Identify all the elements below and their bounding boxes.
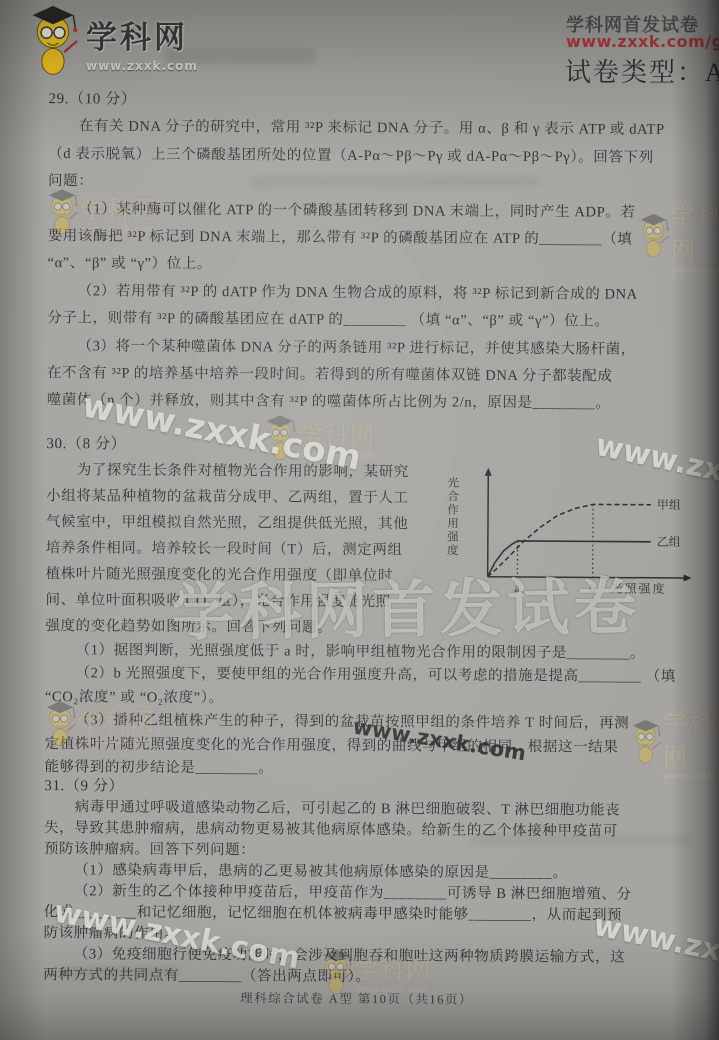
question-number: 30.（8 分） [46, 431, 706, 461]
text-line: （2）若用带有 ³²P 的 dATP 作为 DNA 生物合成的原料，将 ³²P … [47, 278, 707, 309]
scanned-exam-page: 学科网 www.zxxk.com 学科网首发试卷 www.zxxk.com/ga… [0, 0, 719, 1040]
text-line: 噬菌体（n 个）并释放，则其中含有 ³²P 的噬菌体所占比例为 2/n，原因是_… [47, 387, 707, 418]
header-url-text: www.zxxk.com/gaok [566, 32, 719, 51]
logo-site-url: www.zxxk.com [86, 59, 198, 73]
paper-type-label: 试卷类型：A [565, 52, 719, 89]
text-line: （1）某种酶可以催化 ATP 的一个磷酸基团转移到 DNA 末端上，同时产生 A… [48, 196, 708, 227]
text-line: 要用该酶把 ³²P 标记到 DNA 末端上，那么带有 ³²P 的磷酸基团应在 A… [48, 223, 708, 254]
text-line: “α”、“β” 或 “γ”）位上。 [47, 250, 707, 281]
svg-text:乙组: 乙组 [657, 535, 681, 549]
text-line: （d 表示脱氧）上三个磷酸基团所处的位置（A-Pα～Pβ～Pγ 或 dA-Pα～… [48, 141, 708, 172]
svg-text:b: b [590, 581, 596, 595]
text-line: 强度的变化趋势如图所示。回答下列问题。 [45, 613, 705, 643]
text-line: （3）将一个某种噬菌体 DNA 分子的两条链用 ³²P 进行标记，并使其感染大肠… [47, 333, 707, 364]
text-line: 在有关 DNA 分子的研究中，常用 ³²P 来标记 DNA 分子。用 α、β 和… [48, 113, 708, 144]
photosynthesis-chart-svg: 甲组乙组ab光照强度 [457, 465, 696, 611]
zxxk-logo: 学科网 www.zxxk.com [24, 4, 198, 78]
text-line: 在不含有 ³²P 的培养基中培养一段时间。若得到的所有噬菌体双链 DNA 分子都… [47, 360, 707, 391]
text-line: 两种方式的共同点有________（答出两点即可）。 [43, 965, 703, 990]
page-footer: 理科综合试卷 A型 第10页（共16页） [0, 987, 716, 1009]
question-number: 29.（10 分） [48, 86, 708, 117]
text-line: 问题： [48, 168, 708, 199]
question-29: 29.（10 分） 在有关 DNA 分子的研究中，常用 ³²P 来标记 DNA … [47, 86, 709, 419]
svg-text:a: a [514, 581, 520, 595]
x-axis-arrow-icon [684, 574, 692, 581]
photosynthesis-chart: 光合作用强度 甲组乙组ab光照强度 [443, 465, 696, 617]
question-31: 31.（9 分） 病毒甲通过呼吸道感染动物乙后，可引起乙的 B 淋巴细胞破裂、T… [43, 776, 704, 990]
svg-text:光照强度: 光照强度 [611, 581, 667, 596]
text-line: （3）播种乙组植株产生的种子，得到的盆栽苗按照甲组的条件培养 T 时间后，再测 [45, 709, 705, 736]
mascot-icon [24, 4, 82, 78]
text-line: 分子上，则带有 ³²P 的磷酸基团应在 dATP 的________ （填 “α… [47, 305, 707, 336]
logo-site-name: 学科网 [86, 12, 198, 57]
svg-text:甲组: 甲组 [657, 498, 681, 512]
exam-content: 29.（10 分） 在有关 DNA 分子的研究中，常用 ³²P 来标记 DNA … [0, 0, 719, 1040]
y-axis-arrow-icon [485, 468, 492, 476]
